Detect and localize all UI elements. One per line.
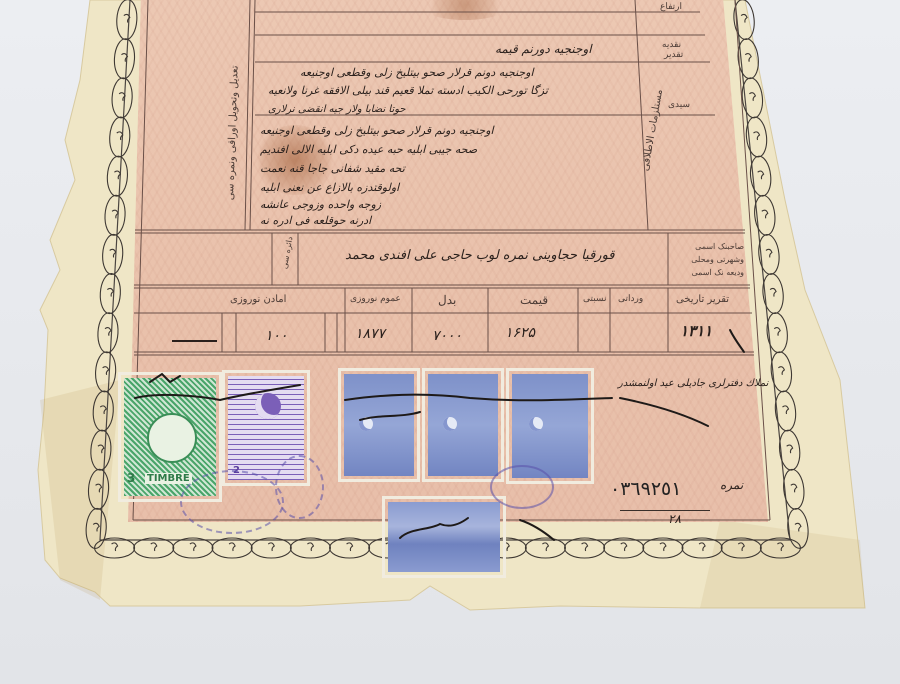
document-paper: اوجنجیه دورنم قیمه اوجنجیه دونم قرلار صح… xyxy=(0,0,900,684)
signature-scribbles xyxy=(0,0,900,684)
